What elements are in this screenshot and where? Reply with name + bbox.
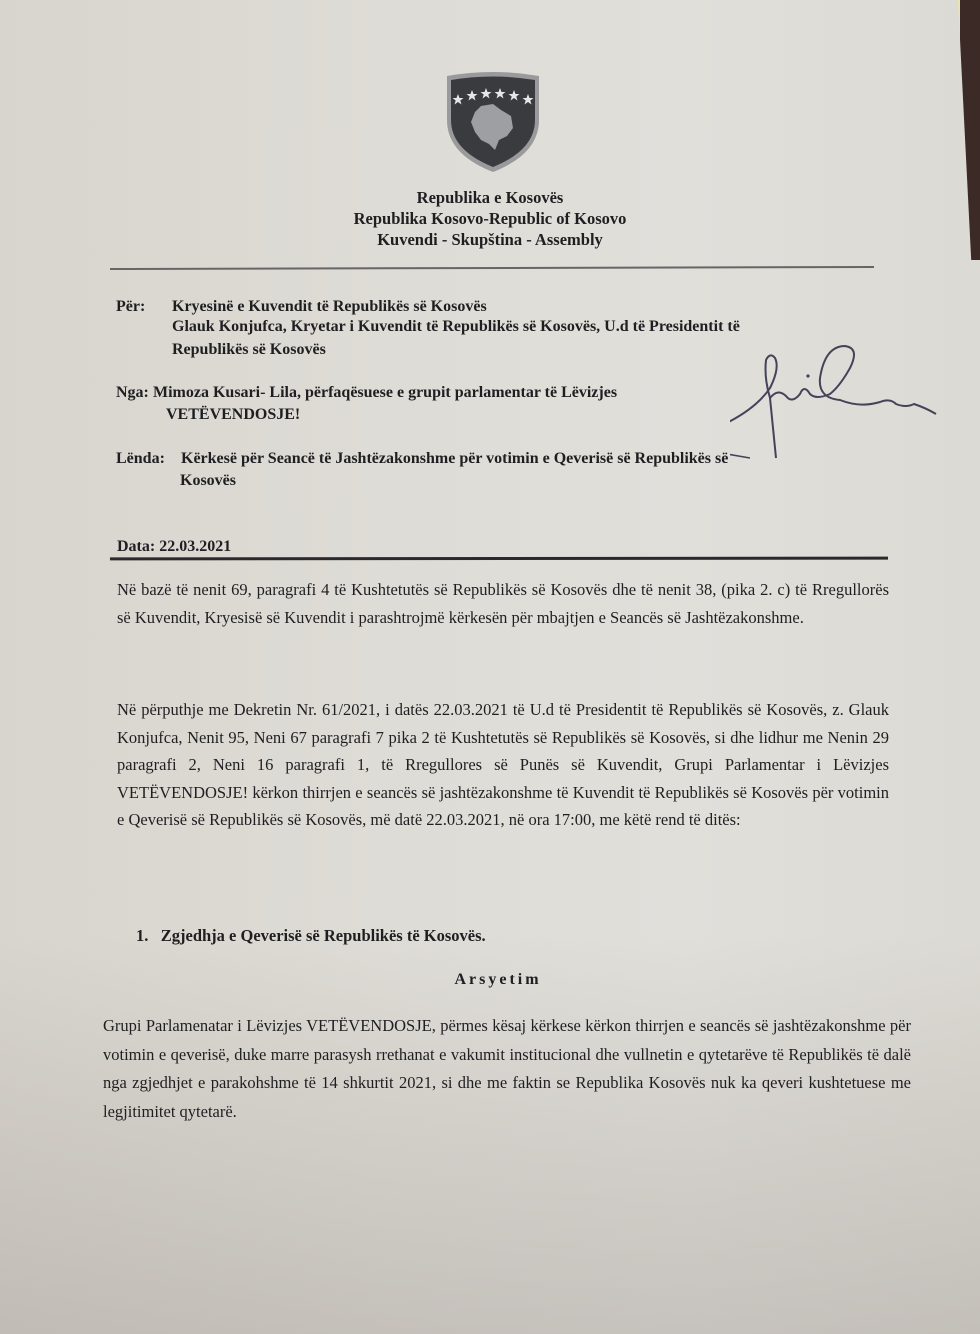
sender-line-1: Mimoza Kusari- Lila, përfaqësuese e grup… [153, 384, 617, 402]
document-page: Republika e Kosovës Republika Kosovo-Rep… [0, 0, 980, 1334]
recipient-line-1: Kryesinë e Kuvendit të Republikës së Kos… [172, 298, 487, 316]
reasoning-title: Arsyetim [8, 970, 980, 990]
letterhead-line-3: Kuvendi - Skupština - Assembly [0, 230, 980, 250]
body-paragraph-3: Grupi Parlamenatar i Lëvizjes VETËVENDOS… [103, 1012, 911, 1126]
sender-label: Nga: [116, 384, 149, 402]
subject-line-1: Kërkesë për Seancë të Jashtëzakonshme pë… [181, 450, 728, 468]
header-divider [110, 266, 874, 270]
subject-line-2: Kosovës [180, 472, 236, 490]
kosovo-coat-of-arms-icon [441, 70, 545, 174]
recipient-line-2: Glauk Konjufca, Kryetar i Kuvendit të Re… [172, 318, 740, 336]
letterhead-line-1: Republika e Kosovës [0, 188, 980, 208]
recipient-line-3: Republikës së Kosovës [172, 341, 326, 359]
handwritten-signature-icon [730, 338, 940, 468]
subject-label: Lënda: [116, 450, 165, 468]
agenda-item-text: Zgjedhja e Qeverisë së Republikës të Kos… [161, 926, 486, 945]
sender-line-2: VETËVENDOSJE! [166, 406, 300, 424]
agenda-item: 1. Zgjedhja e Qeverisë së Republikës të … [136, 926, 486, 946]
date-field: Data: 22.03.2021 [117, 538, 231, 556]
date-divider [110, 557, 888, 561]
agenda-item-number: 1. [136, 926, 148, 945]
body-paragraph-2: Në përputhje me Dekretin Nr. 61/2021, i … [117, 696, 889, 834]
body-paragraph-1: Në bazë të nenit 69, paragrafi 4 të Kush… [117, 576, 889, 632]
letterhead-line-2: Republika Kosovo-Republic of Kosovo [0, 209, 980, 229]
recipient-label: Për: [116, 298, 145, 316]
date-label: Data: [117, 538, 155, 555]
date-value: 22.03.2021 [159, 538, 231, 555]
